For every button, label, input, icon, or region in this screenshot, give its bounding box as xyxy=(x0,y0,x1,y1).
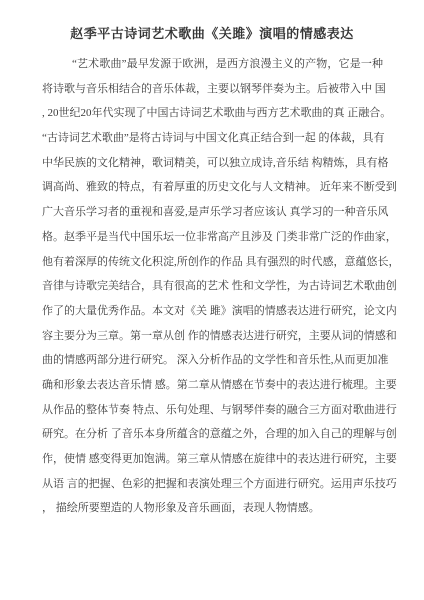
body-line: 从语 言的把握、色彩的把握和表演处理三个方面进行研究。运用声乐技巧 xyxy=(42,472,383,497)
body-line: 确和形象去表达音乐情 感。第二章从情感在节奏中的表达进行梳理。主要 xyxy=(42,373,383,398)
body-line: 他有着深厚的传统文化积淀,所创作的作品 具有强烈的时代感，意蕴悠长， xyxy=(42,250,383,275)
body-line: 广大音乐学习者的重视和喜爱,是声乐学习者应该认 真学习的一种音乐风 xyxy=(42,200,383,225)
body-line: 曲的情感两部分进行研究。 深入分析作品的文学性和音乐性,从而更加准 xyxy=(42,348,383,373)
body-line: 格。赵季平是当代中国乐坛一位非常高产且涉及 门类非常广泛的作曲家， xyxy=(42,225,383,250)
body-line: 作，使情 感变得更加饱满。第三章从情感在旋律中的表达进行研究，主要 xyxy=(42,447,383,472)
body-line: 从作品的整体节奏 特点、乐句处理、与钢琴伴奏的融合三方面对歌曲进行 xyxy=(42,398,383,423)
body-line: 音律与诗歌完美结合，具有很高的艺术 性和文学性，为古诗词艺术歌曲创 xyxy=(42,274,383,299)
body-line: 将诗歌与音乐相结合的音乐体裁，主要以钢琴伴奏为主。后被带入中 国 xyxy=(42,77,383,102)
body-line: ， 描绘所要塑造的人物形象及音乐画面，表现人物情感。 xyxy=(42,496,383,521)
body-line: 研究。在分析 了音乐本身所蕴含的意蕴之外，合理的加入自己的理解与创 xyxy=(42,422,383,447)
body-line: , 20世纪20年代实现了中国古诗词艺术歌曲与西方艺术歌曲的真 正融合。 xyxy=(42,101,383,126)
body-line: “艺术歌曲”最早发源于欧洲，是西方浪漫主义的产物，它是一种 xyxy=(42,52,383,77)
body-line: “古诗词艺术歌曲”是将古诗词与中国文化真正结合到一起 的体裁，具有 xyxy=(42,126,383,151)
body-line: 中华民族的文化精神，歌词精美，可以独立成诗,音乐结 构精炼，具有格 xyxy=(42,151,383,176)
document-page: 赵季平古诗词艺术歌曲《关雎》演唱的情感表达 “艺术歌曲”最早发源于欧洲，是西方浪… xyxy=(0,0,424,600)
body-line: 调高尚、雅致的特点，有着厚重的历史文化与人文精神。 近年来不断受到 xyxy=(42,175,383,200)
abstract-body-text: “艺术歌曲”最早发源于欧洲，是西方浪漫主义的产物，它是一种将诗歌与音乐相结合的音… xyxy=(0,52,424,521)
body-line: 作了的大量优秀作品。本文对《关 雎》演唱的情感表达进行研究，论文内 xyxy=(42,299,383,324)
body-line: 容主要分为三章。第一章从创 作的情感表达进行研究，主要从词的情感和 xyxy=(42,324,383,349)
page-title: 赵季平古诗词艺术歌曲《关雎》演唱的情感表达 xyxy=(0,0,424,43)
